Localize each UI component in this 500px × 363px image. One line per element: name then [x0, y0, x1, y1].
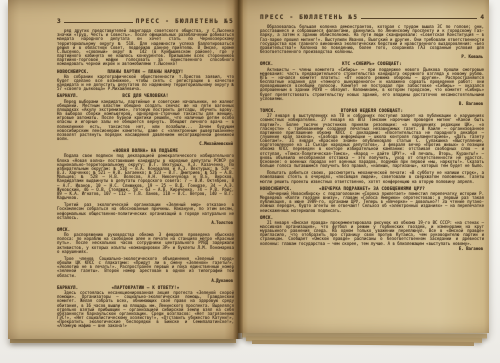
section-heading-row: НОВОСИБИРСК. ПЛАНЫ ПАРТИИ — ПЛАНЫ НАРОДУ… [57, 70, 234, 74]
paragraph: Здесь состоялась несанкционированная акц… [57, 291, 234, 328]
paragraph: По распоряжению руководства обкома 3 фев… [57, 233, 234, 254]
left-page-header: 3 ПРЕСС - БЮЛЛЕТЕНЬ №5 [57, 20, 234, 24]
paragraph: «Вечерний Новосибирск» с подзаголовком «… [260, 192, 484, 213]
right-page-text-block: ПРЕСС - БЮЛЛЕТЕНЬ №5 4 Образовалась боль… [260, 16, 484, 254]
city-label: ОМСК. [57, 228, 70, 232]
right-page-header: ПРЕСС - БЮЛЛЕТЕНЬ №5 4 [260, 16, 484, 20]
bulletin-title: ПРЕСС - БЮЛЛЕТЕНЬ №5 [136, 20, 234, 24]
left-page-bottom-edge [10, 339, 236, 343]
paragraph: Активисты — члены комитета «Сибирь» — пр… [260, 68, 484, 101]
section-heading: «ПАРТОКРАТИЮ — К ОТВЕТУ!» [112, 285, 180, 290]
left-page-text-block: 3 ПРЕСС - БЮЛЛЕТЕНЬ №5 ряд других предст… [57, 20, 234, 331]
left-page-number: 3 [57, 20, 61, 24]
paragraph: Подала свои подписи под декларацией демо… [57, 154, 234, 200]
city-label: ОМСК. [260, 216, 273, 220]
header-rule [64, 22, 133, 23]
section-heading: ВСЕ ДЛЯ ЧЕЛОВЕКА! [122, 93, 168, 98]
city-label: БАРНАУЛ. [57, 94, 78, 98]
scanned-bulletin-spread: 3 ПРЕСС - БЮЛЛЕТЕНЬ №5 ряд других предст… [0, 0, 500, 363]
section-heading: ВТОРАЯ НЕДЕЛЯ СООБЩАЕТ: [341, 108, 403, 113]
bulletin-title: ПРЕСС - БЮЛЛЕТЕНЬ №5 [260, 16, 358, 20]
section-heading-row: ОМСК. КТС «СИБИРЬ» СООБЩАЕТ: [260, 62, 484, 66]
section-heading: «НОВАЯ ВОЛНА» НА ПОДЪЕМЕ [113, 148, 178, 153]
section-heading: «ВЕЧЕРКА ПОДРАЖАЕТ» ЗА СООБЩЕНИЯМИ ЦРУ? [319, 186, 425, 191]
left-page: 3 ПРЕСС - БЮЛЛЕТЕНЬ №5 ряд других предст… [8, 0, 238, 339]
paragraph: Попытать добиться своих, рассмотреть мех… [260, 171, 484, 183]
city-label: ТОМСК. [260, 109, 276, 113]
center-fold-shadow [233, 0, 243, 339]
signature: А.Толстов [57, 221, 233, 225]
paragraph: На собрании картографической общественно… [57, 75, 234, 92]
signature: С.Михайлевский [57, 142, 233, 146]
section-heading-row: БАРНАУЛ. «ПАРТОКРАТИЮ — К ОТВЕТУ!» [57, 286, 234, 290]
section-heading-row: ТОМСК. ВТОРАЯ НЕДЕЛЯ СООБЩАЕТ: [260, 109, 484, 113]
right-page: ПРЕСС - БЮЛЛЕТЕНЬ №5 4 Образовалась боль… [238, 0, 489, 333]
signature: Е. Ваганов [260, 247, 483, 251]
paragraph: Трое членов Социально-экологического объ… [57, 257, 234, 278]
section-heading-row: ОМСК. [57, 228, 234, 232]
section-heading: ПЛАНЫ ПАРТИИ — ПЛАНЫ НАРОДУ! [107, 69, 183, 74]
stacked-sheet-edge-3 [252, 340, 474, 346]
section-heading-row: «НОВАЯ ВОЛНА» НА ПОДЪЕМЕ [57, 149, 234, 153]
city-label: БАРНАУЛ. [57, 286, 78, 290]
signature: Р. Коваль [260, 55, 483, 59]
signature: В. Ваганов [260, 102, 483, 106]
city-label: НОВОСИБИРСК. [57, 70, 89, 74]
city-label: НОВОСИБИРСК. [260, 187, 292, 191]
signature: А.Дуканов [57, 279, 233, 283]
paragraph: 27 января в выступлениях на ТВ и собрани… [260, 114, 484, 168]
paragraph: Образовалась большая колонна демонстрант… [260, 25, 484, 54]
section-heading-row: НОВОСИБИРСК. «ВЕЧЕРКА ПОДРАЖАЕТ» ЗА СООБ… [260, 187, 484, 191]
section-heading-row: ОМСК. [260, 216, 484, 220]
paragraph: ряд других представителей авангарда сове… [57, 29, 234, 66]
paragraph: 21 января «Омская правда» прокомментиров… [260, 221, 484, 246]
section-heading: КТС «СИБИРЬ» СООБЩАЕТ: [342, 61, 402, 66]
city-label: ОМСК. [260, 62, 273, 66]
paragraph: Третий раз экологической организации «Зе… [57, 203, 234, 220]
right-page-number: 4 [480, 16, 484, 20]
header-rule [361, 18, 477, 19]
section-heading-row: БАРНАУЛ. ВСЕ ДЛЯ ЧЕЛОВЕКА! [57, 94, 234, 98]
paragraph: Перед выборами кандидаты, партийные и со… [57, 100, 234, 142]
